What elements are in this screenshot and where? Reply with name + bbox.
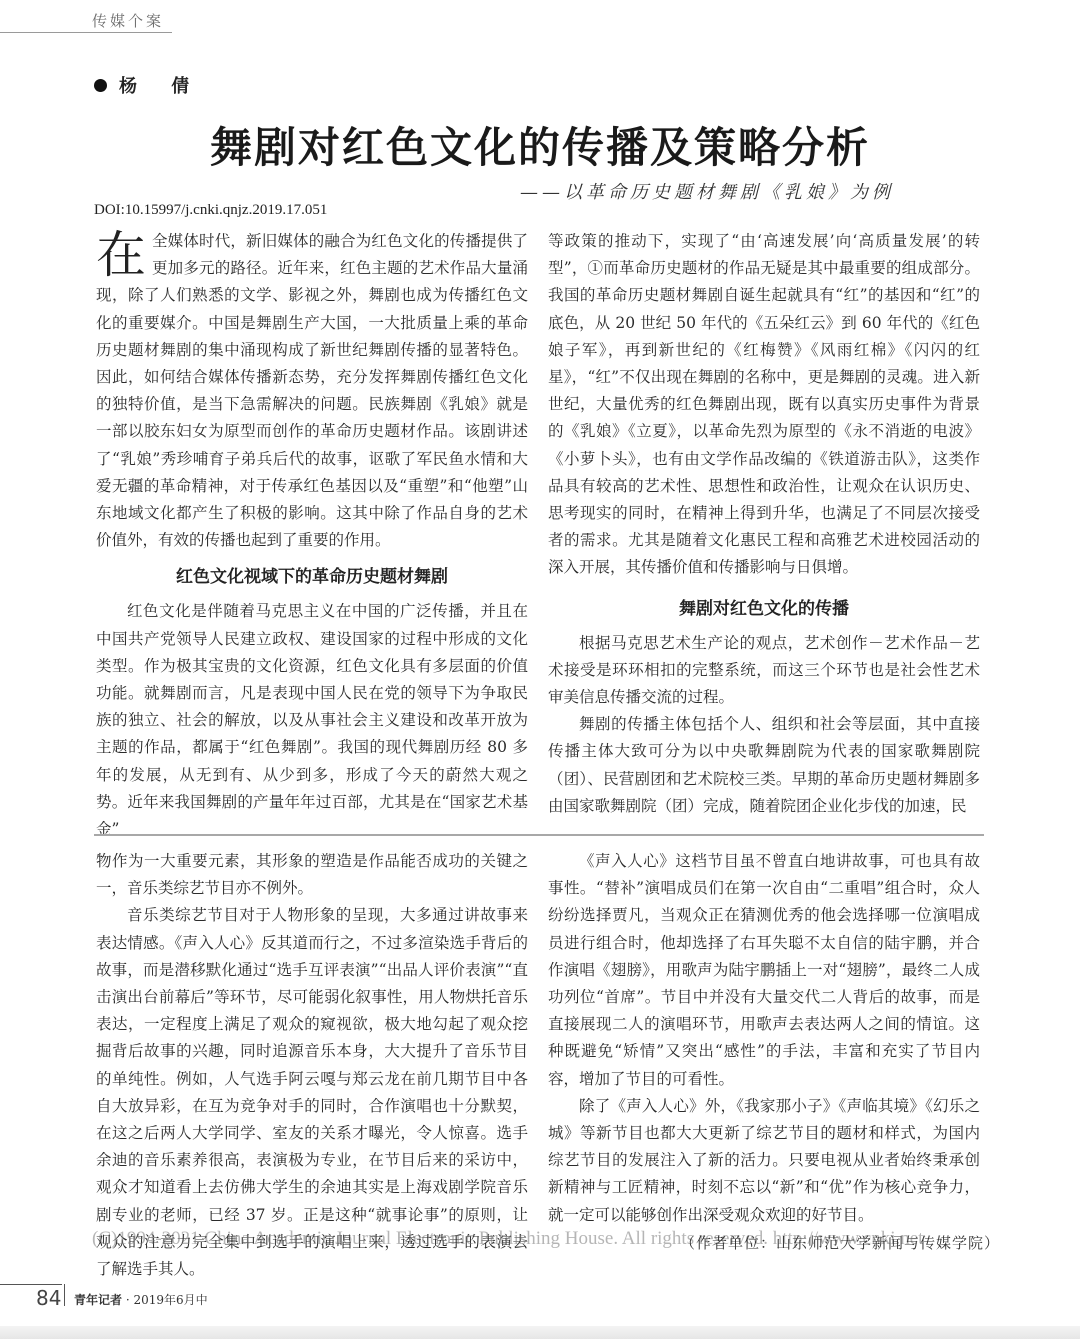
journal-issue: · 2019年6月中 <box>126 1293 208 1307</box>
column-bottom-right: 《声入人心》这档节目虽不曾直白地讲故事，可也具有故事性。“替补”演唱成员们在第一… <box>548 848 980 1229</box>
paragraph: 除了《声入人心》外，《我家那小子》《声临其境》《幻乐之城》等新节目也都大大更新了… <box>548 1093 980 1229</box>
author-affiliation: （作者单位：山东师范大学新闻与传媒学院） <box>680 1232 1000 1253</box>
paragraph: 物作为一大重要元素，其形象的塑造是作品能否成功的关键之一，音乐类综艺节目亦不例外… <box>96 848 528 902</box>
bullet-icon <box>94 79 107 92</box>
author-name: 杨 倩 <box>119 72 203 98</box>
journal-info: 青年记者 · 2019年6月中 <box>74 1291 208 1308</box>
page-number: 84 <box>36 1286 61 1310</box>
intro-paragraph: 在全媒体时代，新旧媒体的融合为红色文化的传播提供了更加多元的路径。近年来，红色主… <box>96 228 528 554</box>
article-subtitle: ——以革命历史题材舞剧《乳娘》为例 <box>520 178 894 204</box>
footer-divider <box>0 1284 62 1285</box>
section-heading-2: 舞剧对红色文化的传播 <box>548 594 980 624</box>
paragraph: 红色文化是伴随着马克思主义在中国的广泛传播，并且在中国共产党领导人民建立政权、建… <box>96 598 528 843</box>
footer-vertical-bar <box>64 1284 65 1306</box>
page-edge <box>0 1326 1080 1339</box>
intro-text: 全媒体时代，新旧媒体的融合为红色文化的传播提供了更加多元的路径。近年来，红色主题… <box>96 232 528 549</box>
article-title: 舞剧对红色文化的传播及策略分析 <box>0 115 1080 175</box>
column-bottom-left: 物作为一大重要元素，其形象的塑造是作品能否成功的关键之一，音乐类综艺节目亦不例外… <box>96 848 528 1283</box>
journal-name: 青年记者 <box>74 1293 122 1307</box>
paragraph: 根据马克思艺术生产论的观点，艺术创作－艺术作品－艺术接受是环环相扣的完整系统，而… <box>548 630 980 712</box>
paragraph: 等政策的推动下，实现了“由‘高速发展’向‘高质量发展’的转型”，①而革命历史题材… <box>548 228 980 582</box>
author-line: 杨 倩 <box>94 72 203 98</box>
section-label: 传媒个案 <box>92 10 164 31</box>
doi-text[interactable]: DOI:10.15997/j.cnki.qnjz.2019.17.051 <box>94 202 327 219</box>
column-top-left: 在全媒体时代，新旧媒体的融合为红色文化的传播提供了更加多元的路径。近年来，红色主… <box>96 228 528 843</box>
column-top-right: 等政策的推动下，实现了“由‘高速发展’向‘高质量发展’的转型”，①而革命历史题材… <box>548 228 980 820</box>
paragraph: 音乐类综艺节目对于人物形象的呈现，大多通过讲故事来表达情感。《声入人心》反其道而… <box>96 902 528 1283</box>
section-heading-1: 红色文化视域下的革命历史题材舞剧 <box>96 562 528 592</box>
dropcap: 在 <box>96 230 146 280</box>
paragraph: 舞剧的传播主体包括个人、组织和社会等层面，其中直接传播主体大致可分为以中央歌舞剧… <box>548 711 980 820</box>
paragraph: 《声入人心》这档节目虽不曾直白地讲故事，可也具有故事性。“替补”演唱成员们在第一… <box>548 848 980 1093</box>
top-divider <box>0 32 172 33</box>
page-split-divider <box>94 834 984 836</box>
